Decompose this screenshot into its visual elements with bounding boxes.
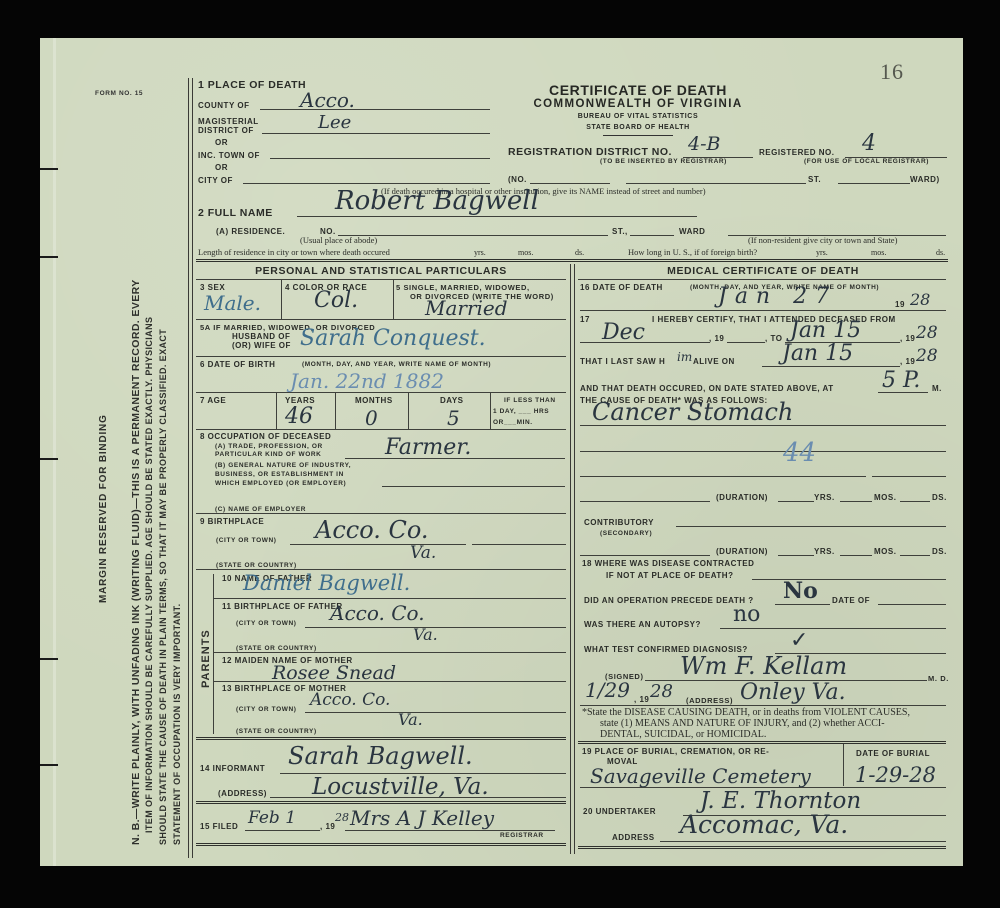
months-label: MONTHS xyxy=(355,396,393,405)
age-months-value: 0 xyxy=(365,408,378,428)
autopsy-line xyxy=(720,628,946,629)
father-city-label: (CITY OR TOWN) xyxy=(236,620,297,627)
secondary-label: (SECONDARY) xyxy=(600,530,652,537)
title-rule xyxy=(603,135,673,136)
mother-state-value: Va. xyxy=(398,712,423,728)
registration-district-note: (TO BE INSERTED BY REGISTRAR) xyxy=(600,158,727,165)
section-divider xyxy=(196,843,566,846)
date-of-death-label: 16 DATE OF DEATH xyxy=(580,283,663,292)
md-label: M. D. xyxy=(928,674,949,683)
occupation-b-label-3: WHICH EMPLOYED (OR EMPLOYER) xyxy=(215,480,346,487)
column-divider xyxy=(570,264,575,854)
bureau-title: BUREAU OF VITAL STATISTICS xyxy=(508,111,768,122)
operation-label: DID AN OPERATION PRECEDE DEATH ? xyxy=(584,596,754,605)
section-divider xyxy=(196,737,566,740)
street-label: ST. xyxy=(808,175,821,184)
dod-year-value: 28 xyxy=(910,292,930,308)
residence-street-line xyxy=(630,235,674,236)
physician-address-line xyxy=(580,705,946,706)
father-state-label: (STATE OR COUNTRY) xyxy=(236,645,317,652)
form-number: FORM NO. 15 xyxy=(95,90,143,97)
filed-date-value: Feb 1 xyxy=(248,810,296,827)
row-divider xyxy=(196,429,566,430)
occupation-b-line xyxy=(382,486,565,487)
or-label: OR xyxy=(215,138,228,147)
operation-date-line xyxy=(878,604,946,605)
last-saw-label: THAT I LAST SAW H xyxy=(580,357,665,366)
district-label: DISTRICT OF xyxy=(198,126,254,135)
town-line xyxy=(270,158,490,159)
occupation-b-label-2: BUSINESS, OR ESTABLISHMENT IN xyxy=(215,471,344,478)
last-saw-year-prefix: , 19 xyxy=(900,357,915,366)
birthplace-state-label: (STATE OR COUNTRY) xyxy=(216,562,297,569)
registered-no-note: (FOR USE OF LOCAL REGISTRAR) xyxy=(804,158,929,165)
duration-yrs-line xyxy=(778,501,814,502)
undertaker-label: 20 UNDERTAKER xyxy=(583,807,656,816)
sheet-number: 16 xyxy=(880,59,904,85)
or-min-label: OR___MIN. xyxy=(493,419,533,426)
row-divider xyxy=(213,652,566,653)
informant-label: 14 INFORMANT xyxy=(200,764,265,773)
board-title: STATE BOARD OF HEALTH xyxy=(508,122,768,133)
cause-line-3b xyxy=(872,476,946,477)
duration-line xyxy=(580,501,710,502)
certificate-title: CERTIFICATE OF DEATH xyxy=(508,82,768,98)
birthplace-state-value: Va. xyxy=(410,545,436,562)
husband-of-label: HUSBAND OF xyxy=(232,332,290,341)
foreign-yrs-label: yrs. xyxy=(816,248,828,257)
attended-to-value: Jan 15 xyxy=(790,320,861,342)
operation-line xyxy=(775,604,830,605)
birthplace-label: 9 BIRTHPLACE xyxy=(200,517,264,526)
certify-number: 17 xyxy=(580,315,590,324)
registered-no-value: 4 xyxy=(862,133,876,155)
dob-label: 6 DATE OF BIRTH xyxy=(200,360,275,369)
burial-place-value: Savageville Cemetery xyxy=(590,766,811,786)
undertaker-address-label: ADDRESS xyxy=(612,833,655,842)
undertaker-address-value: Accomac, Va. xyxy=(680,812,848,837)
dob-note: (MONTH, DAY, AND YEAR, WRITE NAME OF MON… xyxy=(302,361,491,368)
section-divider xyxy=(578,846,946,849)
magisterial-label: MAGISTERIAL xyxy=(198,117,259,126)
duration-ds-line xyxy=(900,501,930,502)
residence-yrs-label: yrs. xyxy=(474,248,486,257)
place-of-death-heading: 1 PLACE OF DEATH xyxy=(198,79,306,91)
street-line xyxy=(626,183,806,184)
m-label: M. xyxy=(932,384,942,393)
physician-address-label: (ADDRESS) xyxy=(686,696,733,705)
form-frame-left xyxy=(188,78,193,858)
commonwealth-title: COMMONWEALTH OF VIRGINIA xyxy=(508,98,768,111)
duration-ds-line-2 xyxy=(900,555,930,556)
dob-value: Jan. 22nd 1882 xyxy=(290,371,444,391)
cause-line-2 xyxy=(580,451,946,452)
occupation-b-label: (B) GENERAL NATURE OF INDUSTRY, xyxy=(215,462,351,469)
footnote-line-2: state (1) MEANS AND NATURE OF INJURY, an… xyxy=(600,718,885,729)
row-divider xyxy=(196,569,566,570)
signed-value: Wm F. Kellam xyxy=(680,654,847,678)
personal-particulars-heading: PERSONAL AND STATISTICAL PARTICULARS xyxy=(196,265,566,277)
burial-date-label: DATE OF BURIAL xyxy=(856,749,930,758)
from-year-prefix: , 19 xyxy=(709,334,724,343)
cell-divider xyxy=(393,279,394,319)
death-time-value: 5 P. xyxy=(882,370,920,392)
instruction-line-3: SHOULD STATE THE CAUSE OF DEATH IN PLAIN… xyxy=(158,329,168,845)
foreign-ds-label: ds. xyxy=(936,248,945,257)
contributory-line xyxy=(676,526,946,527)
birthplace-city-line xyxy=(290,544,466,545)
row-divider xyxy=(196,356,566,357)
last-saw-value: Jan 15 xyxy=(782,343,853,365)
binding-mark xyxy=(40,256,58,258)
from-year-line xyxy=(727,342,765,343)
town-label: INC. TOWN OF xyxy=(198,151,260,160)
alive-on-label: ALIVE ON xyxy=(693,357,735,366)
informant-address-value: Locustville, Va. xyxy=(312,776,489,799)
operation-value: No xyxy=(783,580,818,602)
contracted-line xyxy=(752,579,946,580)
occupation-a-label-2: PARTICULAR KIND OF WORK xyxy=(215,451,321,458)
one-day-label: 1 DAY, ___ HRS xyxy=(493,408,549,415)
section-divider xyxy=(578,741,946,744)
mother-city-value: Acco. Co. xyxy=(310,692,390,709)
duration-ds-label-2: DS. xyxy=(932,547,947,556)
to-year-value: 28 xyxy=(916,325,938,342)
ward-label: WARD) xyxy=(910,175,940,184)
contracted-label: 18 WHERE WAS DISEASE CONTRACTED xyxy=(582,559,754,568)
section-divider xyxy=(196,801,566,804)
informant-value: Sarah Bagwell. xyxy=(288,744,473,768)
race-value: Col. xyxy=(314,290,358,312)
age-years-value: 46 xyxy=(285,406,313,428)
duration-mos-line-2 xyxy=(840,555,872,556)
sign-date-value: 1/29 xyxy=(585,680,630,700)
cause-of-death-value: Cancer Stomach xyxy=(592,400,793,424)
registered-no-label: REGISTERED NO. xyxy=(759,148,834,157)
less-than-label: IF LESS THAN xyxy=(504,397,556,404)
residence-note: (Usual place of abode) xyxy=(300,235,377,245)
street-no-label: (NO. xyxy=(508,175,527,184)
or-label: OR xyxy=(215,163,228,172)
paper-fold xyxy=(53,38,56,866)
burial-place-label: 19 PLACE OF BURIAL, CREMATION, OR RE- xyxy=(582,747,769,756)
last-saw-year-value: 28 xyxy=(916,348,938,365)
binding-margin-label: MARGIN RESERVED FOR BINDING xyxy=(98,414,109,603)
burial-date-value: 1-29-28 xyxy=(855,765,936,786)
occupation-a-value: Farmer. xyxy=(385,437,471,459)
date-of-death-line xyxy=(580,310,946,311)
death-time-label: AND THAT DEATH OCCURED, ON DATE STATED A… xyxy=(580,384,834,393)
contracted-label-2: IF NOT AT PLACE OF DEATH? xyxy=(606,571,733,580)
row-divider xyxy=(196,392,566,393)
instruction-line-2: ITEM OF INFORMATION SHOULD BE CAREFULLY … xyxy=(144,317,154,833)
registration-district-value: 4-B xyxy=(688,135,720,154)
undertaker-address-line xyxy=(660,841,946,842)
binding-mark xyxy=(40,764,58,766)
birthplace-city-line-2 xyxy=(472,544,566,545)
sign-year-value: 28 xyxy=(650,683,673,701)
foreign-birth-label: How long in U. S., if of foreign birth? xyxy=(628,247,757,257)
filed-year-prefix: , 19 xyxy=(320,822,335,831)
instruction-line-4: STATEMENT OF OCCUPATION IS VERY IMPORTAN… xyxy=(172,604,182,845)
residence-street-label: ST., xyxy=(612,227,628,236)
street-no-line xyxy=(530,183,610,184)
mother-state-label: (STATE OR COUNTRY) xyxy=(236,728,317,735)
duration-mos-label-2: MOS. xyxy=(874,547,896,556)
duration-label: (DURATION) xyxy=(716,493,768,502)
registration-district-label: REGISTRATION DISTRICT NO. xyxy=(508,146,672,158)
medical-certificate-heading: MEDICAL CERTIFICATE OF DEATH xyxy=(578,265,948,277)
full-name-line xyxy=(297,216,697,217)
footnote-line-3: DENTAL, SUICIDAL, or HOMICIDAL. xyxy=(600,729,766,740)
duration-line-2 xyxy=(580,555,710,556)
to-label: , TO xyxy=(765,334,782,343)
footnote-line-1: *State the DISEASE CAUSING DEATH, or in … xyxy=(582,707,910,718)
occupation-label: 8 OCCUPATION OF DECEASED xyxy=(200,432,331,441)
row-divider xyxy=(196,279,566,280)
binding-mark xyxy=(40,458,58,460)
full-name-label: 2 FULL NAME xyxy=(198,207,273,219)
birthplace-city-value: Acco. Co. xyxy=(315,518,429,542)
cell-divider xyxy=(335,392,336,429)
row-divider xyxy=(578,279,946,280)
residence-label: (A) RESIDENCE. xyxy=(216,227,285,236)
county-line xyxy=(260,109,490,110)
father-name-value: Daniel Bagwell. xyxy=(243,573,410,594)
sign-year-prefix: , 19 xyxy=(634,695,649,704)
occupation-a-label: (A) TRADE, PROFESSION, OR xyxy=(215,443,323,450)
section-divider xyxy=(196,259,948,262)
duration-yrs-line-2 xyxy=(778,555,814,556)
residence-ward-label: WARD xyxy=(679,227,705,236)
city-line xyxy=(243,183,490,184)
row-divider xyxy=(213,598,566,599)
instruction-line-1: N. B.—WRITE PLAINLY, WITH UNFADING INK (… xyxy=(130,279,142,845)
ward-line xyxy=(838,183,910,184)
parents-side-label: PARENTS xyxy=(200,629,212,688)
sex-value: Male. xyxy=(204,293,261,313)
date-of-label: DATE OF xyxy=(832,596,870,605)
filed-year-value: 28 xyxy=(335,812,349,823)
city-label: CITY OF xyxy=(198,176,233,185)
residence-line xyxy=(338,235,608,236)
duration-mos-line xyxy=(840,501,872,502)
contributory-label: CONTRIBUTORY xyxy=(584,518,654,527)
foreign-mos-label: mos. xyxy=(871,248,886,257)
full-name-value: Robert Bagwell xyxy=(335,188,539,214)
father-state-value: Va. xyxy=(413,627,438,643)
row-divider xyxy=(196,513,566,514)
marital-value: Married xyxy=(425,298,508,318)
residence-ds-label: ds. xyxy=(575,248,584,257)
autopsy-label: WAS THERE AN AUTOPSY? xyxy=(584,620,701,629)
age-days-value: 5 xyxy=(447,408,460,428)
last-saw-line xyxy=(762,366,900,367)
cause-line-3 xyxy=(580,476,866,477)
row-divider xyxy=(196,319,566,320)
cell-divider xyxy=(408,392,409,429)
cell-divider xyxy=(490,392,491,429)
registrar-label: REGISTRAR xyxy=(500,832,544,839)
nonresident-note: (If non-resident give city or town and S… xyxy=(748,235,897,245)
row-divider xyxy=(213,681,566,682)
binding-mark xyxy=(40,658,58,660)
dod-year-prefix: 19 xyxy=(895,300,905,309)
cell-divider xyxy=(276,392,277,429)
physician-address-value: Onley Va. xyxy=(740,682,846,704)
marital-label: 5 SINGLE, MARRIED, WIDOWED, xyxy=(396,283,530,292)
duration-mos-label: MOS. xyxy=(874,493,896,502)
district-value: Lee xyxy=(318,114,351,132)
cell-divider xyxy=(281,279,282,319)
duration-label-2: (DURATION) xyxy=(716,547,768,556)
filed-label: 15 FILED xyxy=(200,822,238,831)
district-line xyxy=(262,133,490,134)
spouse-value: Sarah Conquest. xyxy=(300,328,486,350)
duration-yrs-label-2: YRS. xyxy=(814,547,835,556)
last-saw-him: im xyxy=(677,351,692,363)
to-year-prefix: , 19 xyxy=(900,334,915,343)
attended-from-value: Dec xyxy=(602,322,645,344)
wife-of-label: (OR) WIFE OF xyxy=(232,341,291,350)
occupation-c-label: (C) NAME OF EMPLOYER xyxy=(215,506,306,513)
filed-date-line xyxy=(245,830,320,831)
date-of-death-value: Jan 27 xyxy=(718,286,837,308)
certificate-title-block: CERTIFICATE OF DEATH COMMONWEALTH OF VIR… xyxy=(508,82,768,136)
registrar-line xyxy=(345,830,555,831)
county-label: COUNTY OF xyxy=(198,101,249,110)
residence-mos-label: mos. xyxy=(518,248,533,257)
birthplace-city-label: (CITY OR TOWN) xyxy=(216,537,277,544)
county-value: Acco. xyxy=(300,90,355,110)
mother-city-label: (CITY OR TOWN) xyxy=(236,706,297,713)
father-birthplace-label: 11 BIRTHPLACE OF FATHER xyxy=(222,602,343,611)
duration-ds-label: DS. xyxy=(932,493,947,502)
attended-from-line xyxy=(580,342,710,343)
mother-city-line xyxy=(305,712,566,713)
age-label: 7 AGE xyxy=(200,396,226,405)
father-city-value: Acco. Co. xyxy=(330,603,425,623)
burial-cell-divider xyxy=(843,744,844,786)
binding-mark xyxy=(40,168,58,170)
registrar-value: Mrs A J Kelley xyxy=(350,808,494,828)
duration-yrs-label: YRS. xyxy=(814,493,835,502)
days-label: DAYS xyxy=(440,396,464,405)
cause-code: 44 xyxy=(783,440,816,466)
length-of-residence-label: Length of residence in city or town wher… xyxy=(198,247,390,257)
test-value: ✓ xyxy=(790,630,808,652)
autopsy-value: no xyxy=(733,604,760,626)
informant-address-label: (ADDRESS) xyxy=(218,789,267,798)
